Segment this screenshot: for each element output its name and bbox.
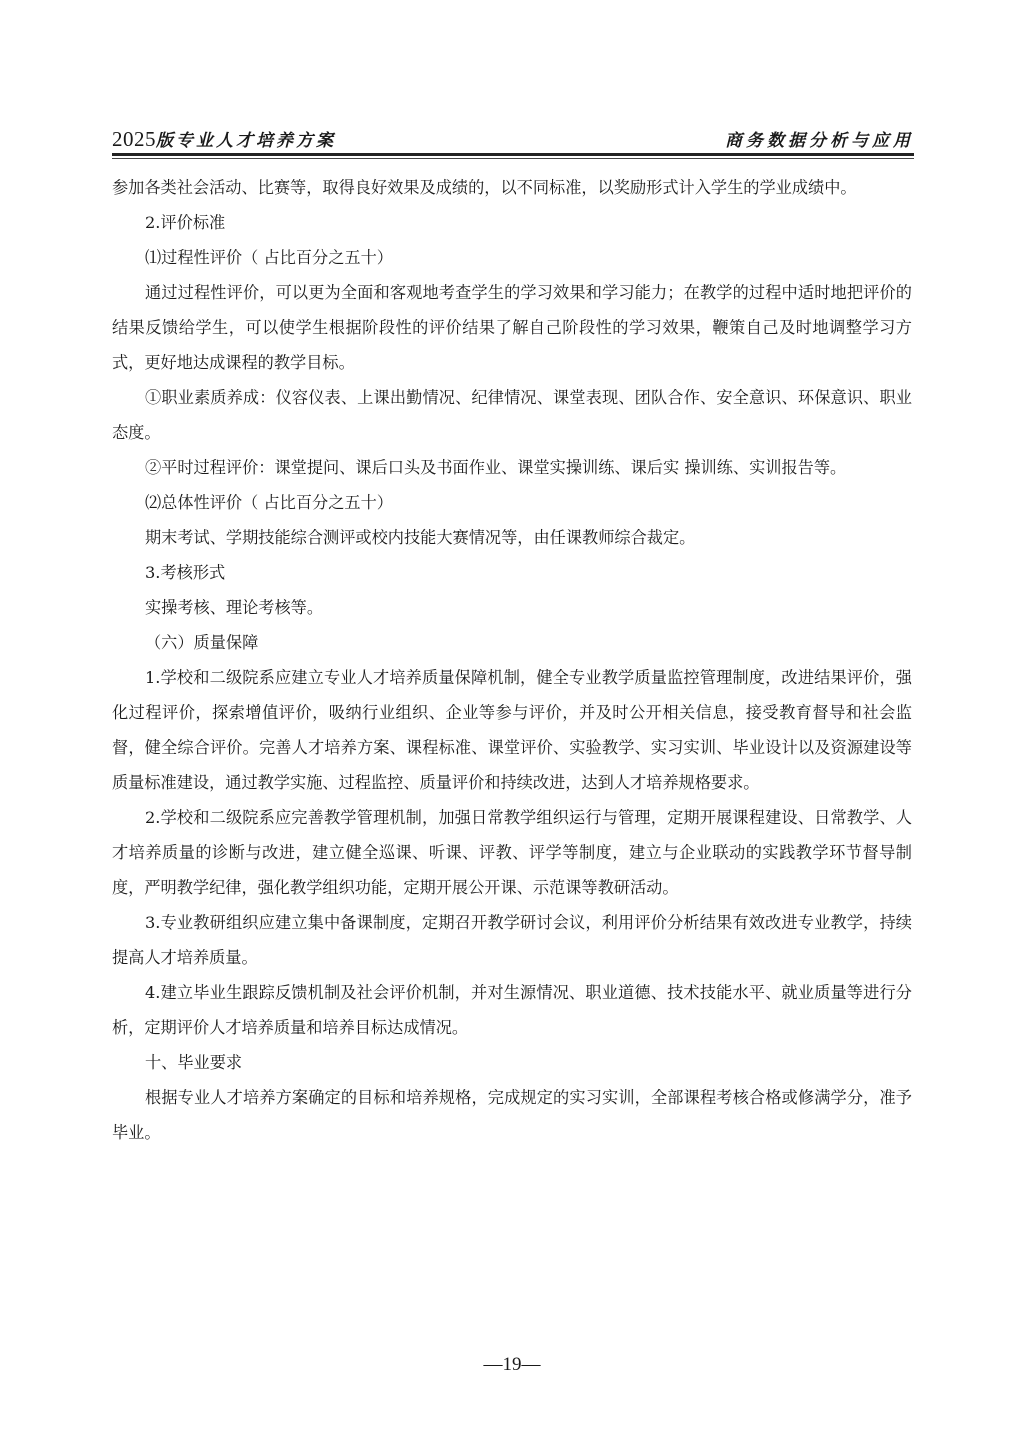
running-header: 2025版专业人才培养方案 商务数据分析与应用 [112, 128, 914, 152]
section-heading-quality-assurance: （六）质量保障 [112, 625, 912, 660]
subheading-overall-evaluation: ⑵总体性评价（ 占比百分之五十） [112, 485, 912, 520]
paragraph-overall-evaluation: 期末考试、学期技能综合测评或校内技能大赛情况等，由任课教师综合裁定。 [112, 520, 912, 555]
header-year: 2025 [112, 127, 156, 151]
header-rule-thick [112, 153, 914, 156]
section-heading-assessment-form: 3.考核形式 [112, 555, 912, 590]
subheading-process-evaluation: ⑴过程性评价（ 占比百分之五十） [112, 240, 912, 275]
paragraph-process-evaluation: 通过过程性评价，可以更为全面和客观地考查学生的学习效果和学习能力；在教学的过程中… [112, 275, 912, 380]
header-title-text: 版专业人才培养方案 [156, 131, 336, 151]
paragraph-graduation-requirements: 根据专业人才培养方案确定的目标和培养规格，完成规定的实习实训，全部课程考核合格或… [112, 1080, 912, 1150]
section-heading-graduation-requirements: 十、毕业要求 [112, 1045, 912, 1080]
paragraph-assessment-form: 实操考核、理论考核等。 [112, 590, 912, 625]
paragraph-quality-item-2: 2.学校和二级院系应完善教学管理机制，加强日常教学组织运行与管理，定期开展课程建… [112, 800, 912, 905]
paragraph-continuation: 参加各类社会活动、比赛等，取得良好效果及成绩的，以不同标准，以奖励形式计入学生的… [112, 170, 912, 205]
section-heading-evaluation-standard: 2.评价标准 [112, 205, 912, 240]
list-item-professional-quality: ①职业素质养成：仪容仪表、上课出勤情况、纪律情况、课堂表现、团队合作、安全意识、… [112, 380, 912, 450]
paragraph-quality-item-1: 1.学校和二级院系应建立专业人才培养质量保障机制，健全专业教学质量监控管理制度，… [112, 660, 912, 800]
paragraph-quality-item-3: 3.专业教研组织应建立集中备课制度，定期召开教学研讨会议，利用评价分析结果有效改… [112, 905, 912, 975]
page-number: —19— [0, 1354, 1024, 1376]
header-rule-thin [112, 158, 914, 159]
header-document-title: 2025版专业人才培养方案 [112, 128, 336, 152]
list-item-ordinary-process: ②平时过程评价：课堂提问、课后口头及书面作业、课堂实操训练、课后实 操训练、实训… [112, 450, 912, 485]
paragraph-quality-item-4: 4.建立毕业生跟踪反馈机制及社会评价机制，并对生源情况、职业道德、技术技能水平、… [112, 975, 912, 1045]
header-major-name: 商务数据分析与应用 [725, 130, 914, 152]
document-body: 参加各类社会活动、比赛等，取得良好效果及成绩的，以不同标准，以奖励形式计入学生的… [112, 170, 912, 1150]
